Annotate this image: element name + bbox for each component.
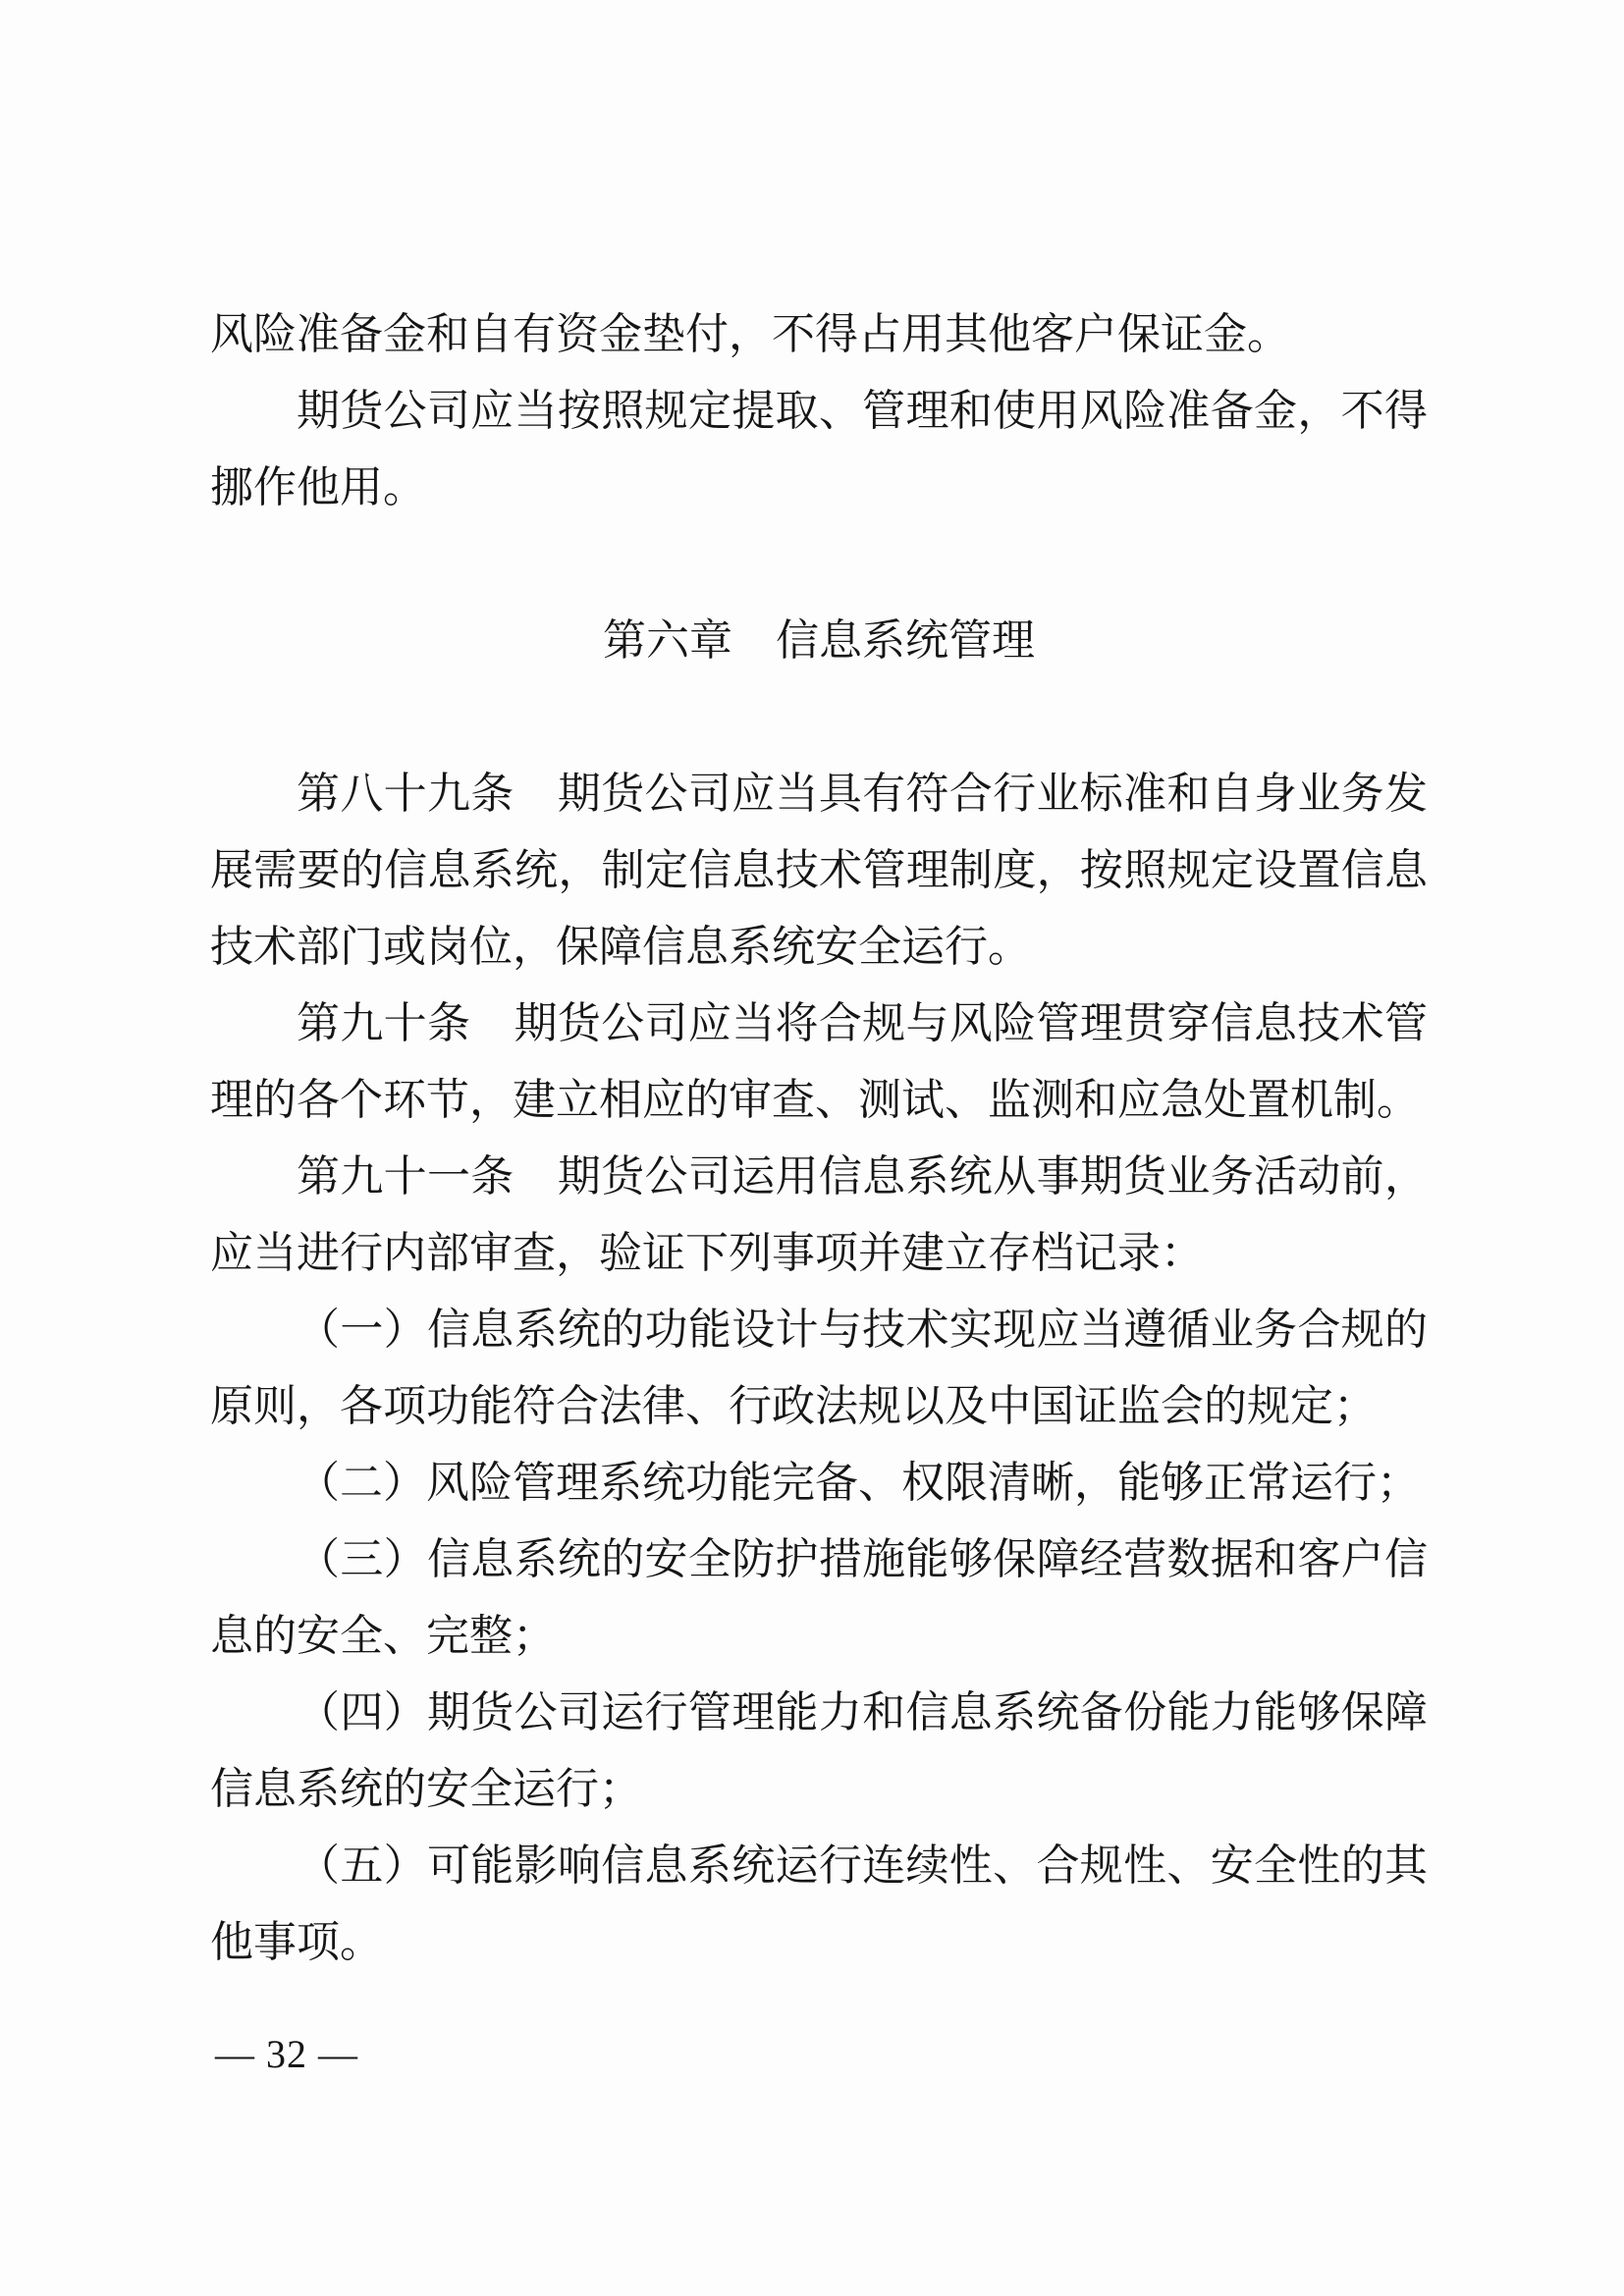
- page-number: — 32 —: [215, 2033, 358, 2076]
- document-body: 风险准备金和自有资金垫付，不得占用其他客户保证金。 期货公司应当按照规定提取、管…: [210, 296, 1428, 1981]
- article-89-paragraph: 第八十九条 期货公司应当具有符合行业标准和自身业务发展需要的信息系统，制定信息技…: [210, 756, 1428, 986]
- article-91-item-1: （一）信息系统的功能设计与技术实现应当遵循业务合规的原则，各项功能符合法律、行政…: [210, 1292, 1428, 1445]
- paragraph-risk-reserve: 期货公司应当按照规定提取、管理和使用风险准备金，不得挪作他用。: [210, 373, 1428, 526]
- article-91-item-4: （四）期货公司运行管理能力和信息系统备份能力能够保障信息系统的安全运行；: [210, 1675, 1428, 1828]
- chapter-heading: 第六章 信息系统管理: [210, 603, 1428, 679]
- paragraph-continuation: 风险准备金和自有资金垫付，不得占用其他客户保证金。: [210, 296, 1428, 373]
- document-page: 风险准备金和自有资金垫付，不得占用其他客户保证金。 期货公司应当按照规定提取、管…: [0, 0, 1624, 2296]
- article-91-item-5: （五）可能影响信息系统运行连续性、合规性、安全性的其他事项。: [210, 1828, 1428, 1981]
- article-91-paragraph: 第九十一条 期货公司运用信息系统从事期货业务活动前，应当进行内部审查，验证下列事…: [210, 1139, 1428, 1292]
- article-90-paragraph: 第九十条 期货公司应当将合规与风险管理贯穿信息技术管理的各个环节，建立相应的审查…: [210, 986, 1428, 1139]
- article-91-item-2: （二）风险管理系统功能完备、权限清晰，能够正常运行；: [210, 1445, 1428, 1522]
- article-91-item-3: （三）信息系统的安全防护措施能够保障经营数据和客户信息的安全、完整；: [210, 1522, 1428, 1675]
